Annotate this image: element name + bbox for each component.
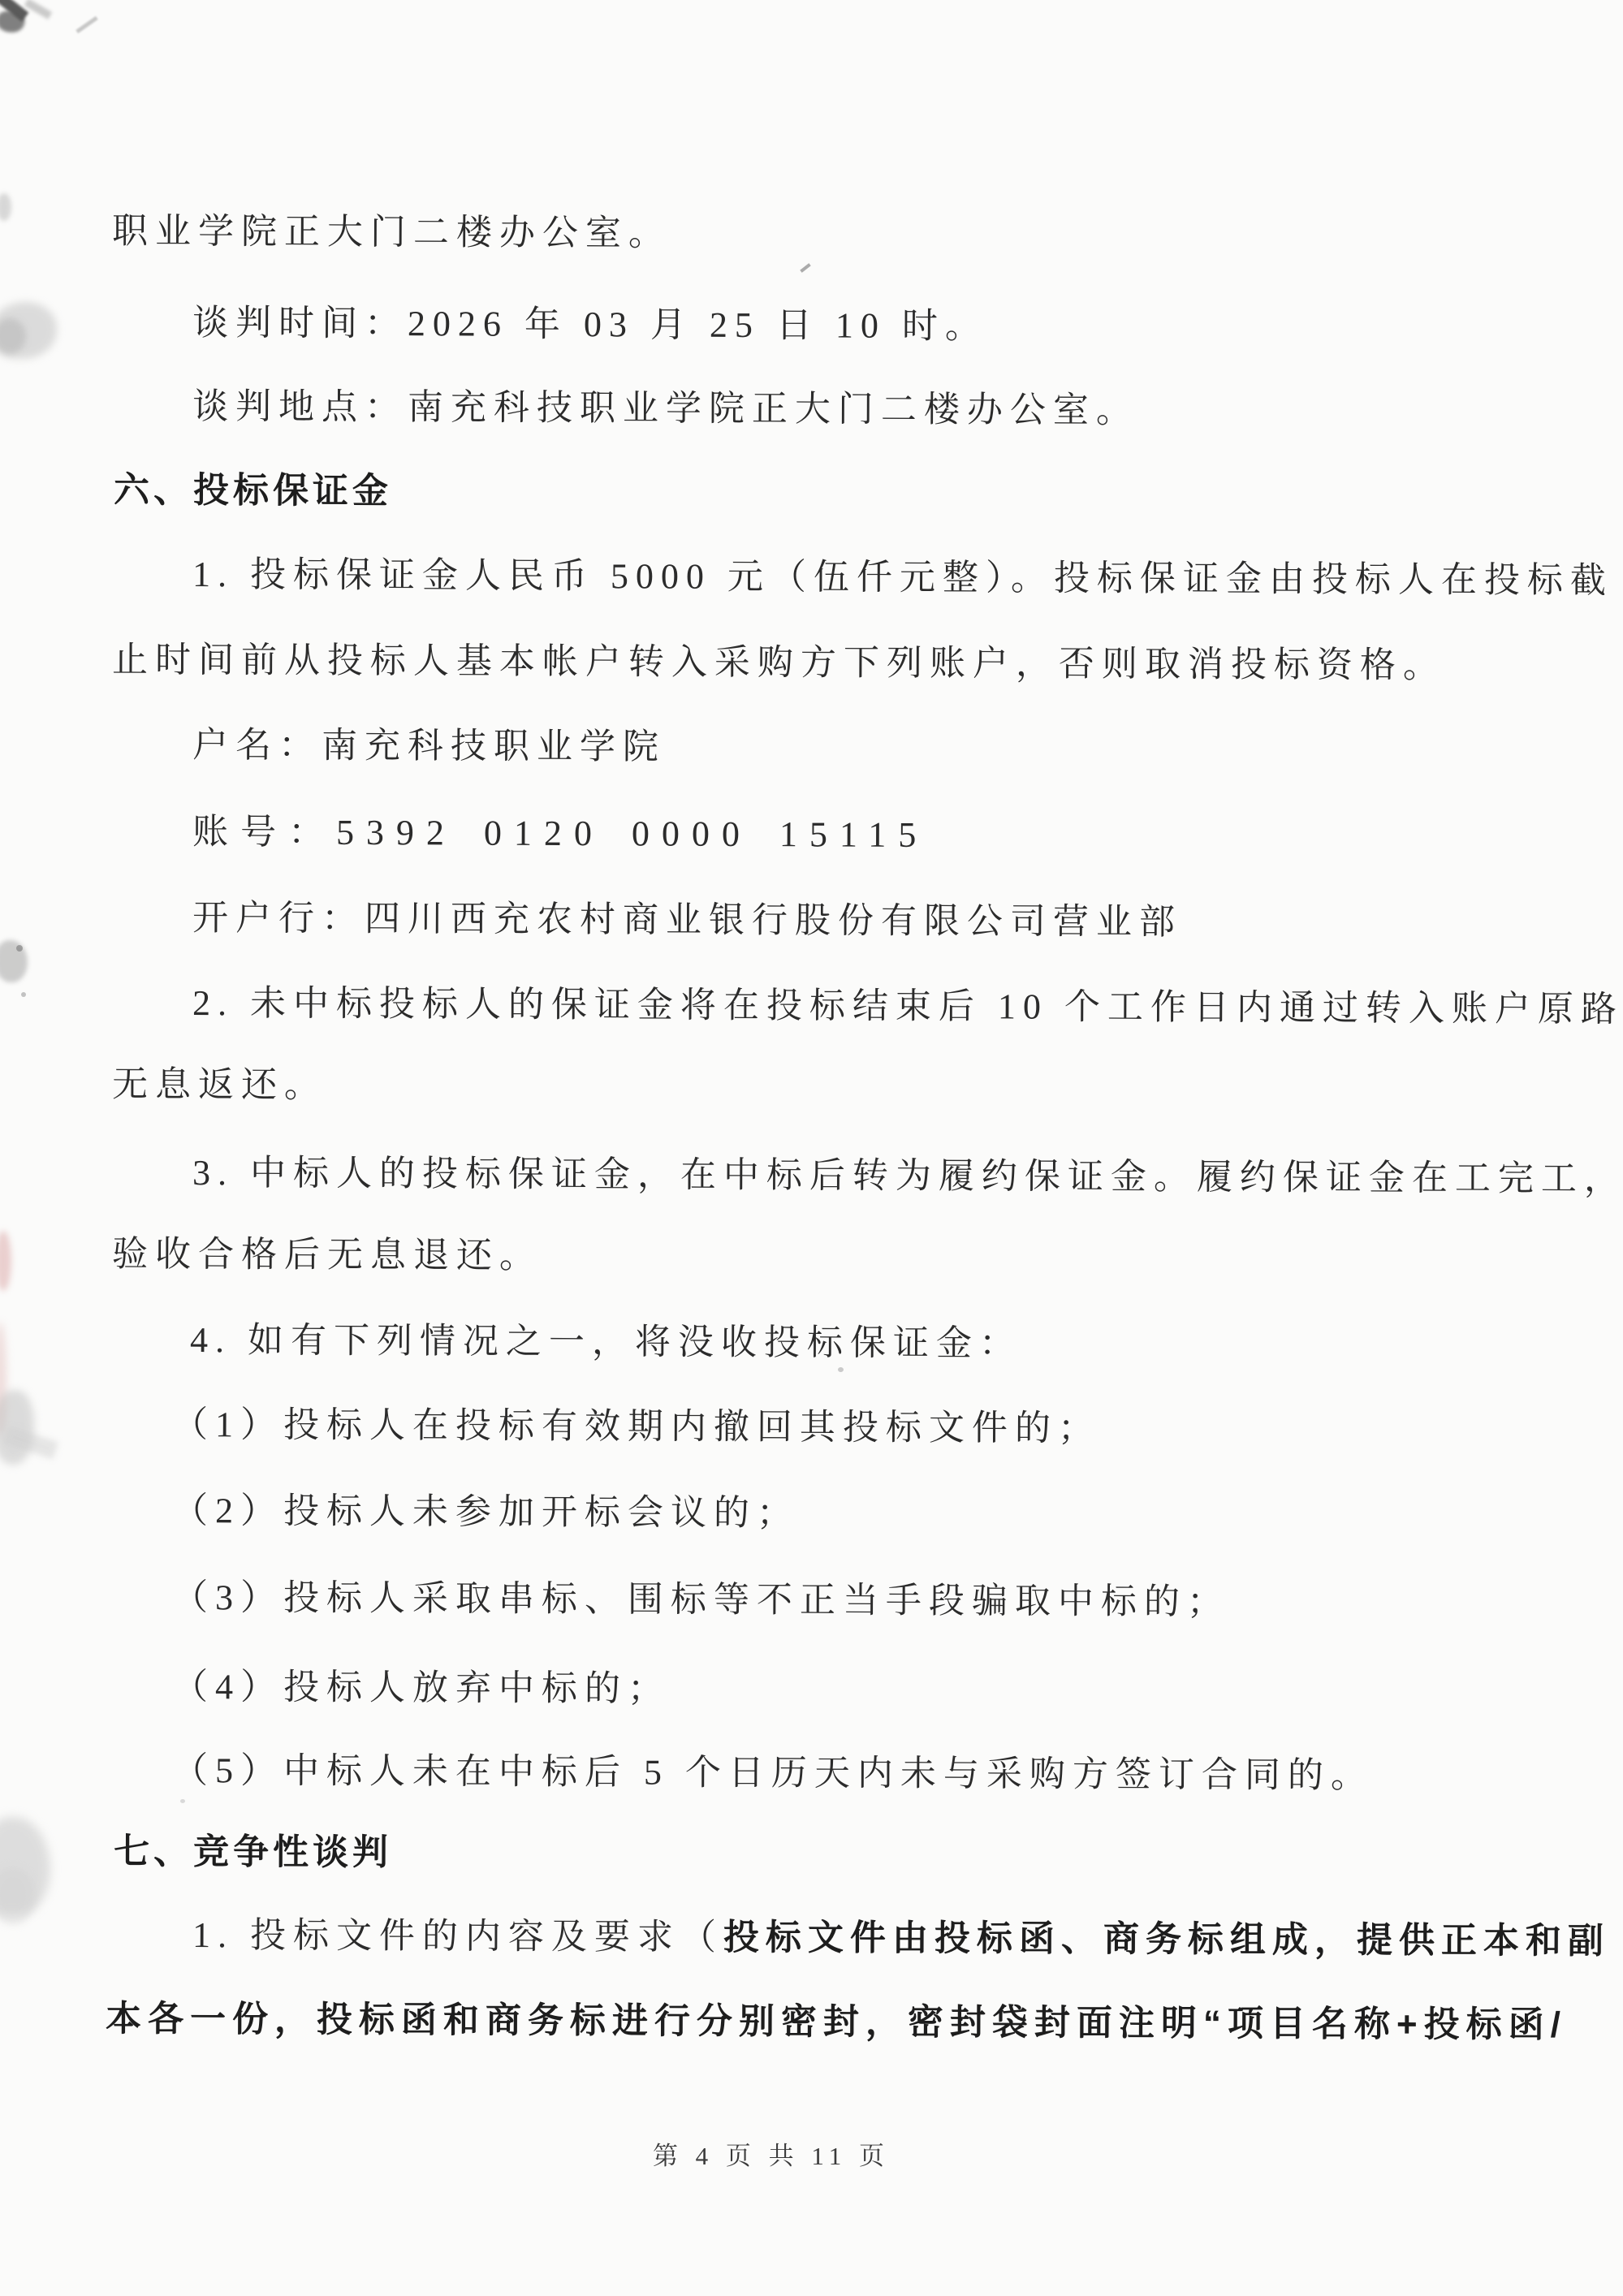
scan-smudge [0, 193, 11, 221]
list-item-5: （5）中标人未在中标后 5 个日历天内未与采购方签订合同的。 [172, 1751, 1374, 1796]
text-line: 谈判地点：南充科技职业学院正大门二楼办公室。 [192, 387, 1139, 430]
text-line: 验收合格后无息退还。 [112, 1235, 542, 1276]
text-line: 1. 投标保证金人民币 5000 元（伍仟元整）。投标保证金由投标人在投标截 [192, 555, 1613, 601]
text-line: 2. 未中标投标人的保证金将在投标结束后 10 个工作日内通过转入账户原路 [192, 984, 1623, 1029]
scan-smudge [800, 263, 810, 273]
scan-smudge [0, 1867, 36, 1924]
list-item-1: （1）投标人在投标有效期内撤回其投标文件的； [172, 1405, 1101, 1448]
scan-stain-pink [0, 1322, 6, 1435]
scan-speck [21, 992, 26, 997]
text-line: 3. 中标人的投标保证金，在中标后转为履约保证金。履约保证金在工完工， [192, 1154, 1623, 1199]
text-segment-normal: 1. 投标文件的内容及要求（ [192, 1915, 723, 1957]
list-item-3: （3）投标人采取串标、围标等不正当手段骗取中标的； [172, 1578, 1230, 1622]
section-heading-7: 七、竞争性谈判 [114, 1832, 392, 1873]
list-item-4: （4）投标人放弃中标的； [172, 1668, 671, 1709]
text-line-mixed: 1. 投标文件的内容及要求（投标文件由投标函、商务标组成，提供正本和副 [192, 1916, 1610, 1962]
list-item-2: （2）投标人未参加开标会议的； [172, 1491, 800, 1534]
scan-smudge [76, 16, 97, 33]
text-line: 职业学院正大门二楼办公室。 [112, 212, 671, 253]
scan-smudge [24, 0, 52, 19]
scan-speck [16, 945, 23, 952]
scan-smudge [0, 1817, 50, 1914]
scan-smudge [0, 940, 28, 982]
page-footer: 第 4 页 共 11 页 [0, 2135, 1543, 2172]
text-line: 4. 如有下列情况之一，将没收投标保证金： [190, 1321, 1022, 1364]
text-line: 无息返还。 [112, 1065, 327, 1106]
scan-smudge [0, 1390, 34, 1465]
text-segment-bold: 投标文件由投标函、商务标组成，提供正本和副 [723, 1918, 1610, 1962]
scan-stain-pink [0, 1231, 11, 1291]
scan-speck [838, 1367, 844, 1372]
text-line: 谈判时间：2026 年 03 月 25 日 10 时。 [192, 304, 988, 347]
scan-smudge [0, 302, 57, 359]
text-line: 止时间前从投标人基本帐户转入采购方下列账户，否则取消投标资格。 [112, 641, 1446, 686]
scan-smudge [3, 1426, 58, 1460]
scan-ink-blot-corner [0, 0, 28, 22]
scanned-document-page: 职业学院正大门二楼办公室。 谈判时间：2026 年 03 月 25 日 10 时… [0, 0, 1623, 2296]
text-line-bold: 本各一份，投标函和商务标进行分别密封，密封袋封面注明“项目名称+投标函/ [106, 2000, 1567, 2045]
scan-ink-blot-corner [0, 8, 27, 36]
bank-branch-line: 开户行：四川西充农村商业银行股份有限公司营业部 [192, 899, 1182, 943]
scan-speck [180, 1799, 185, 1803]
account-number-line: 账号：5392 0120 0000 15115 [192, 813, 929, 855]
section-heading-6: 六、投标保证金 [114, 471, 392, 511]
account-name-line: 户名：南充科技职业学院 [192, 726, 666, 767]
scan-smudge [0, 318, 26, 354]
